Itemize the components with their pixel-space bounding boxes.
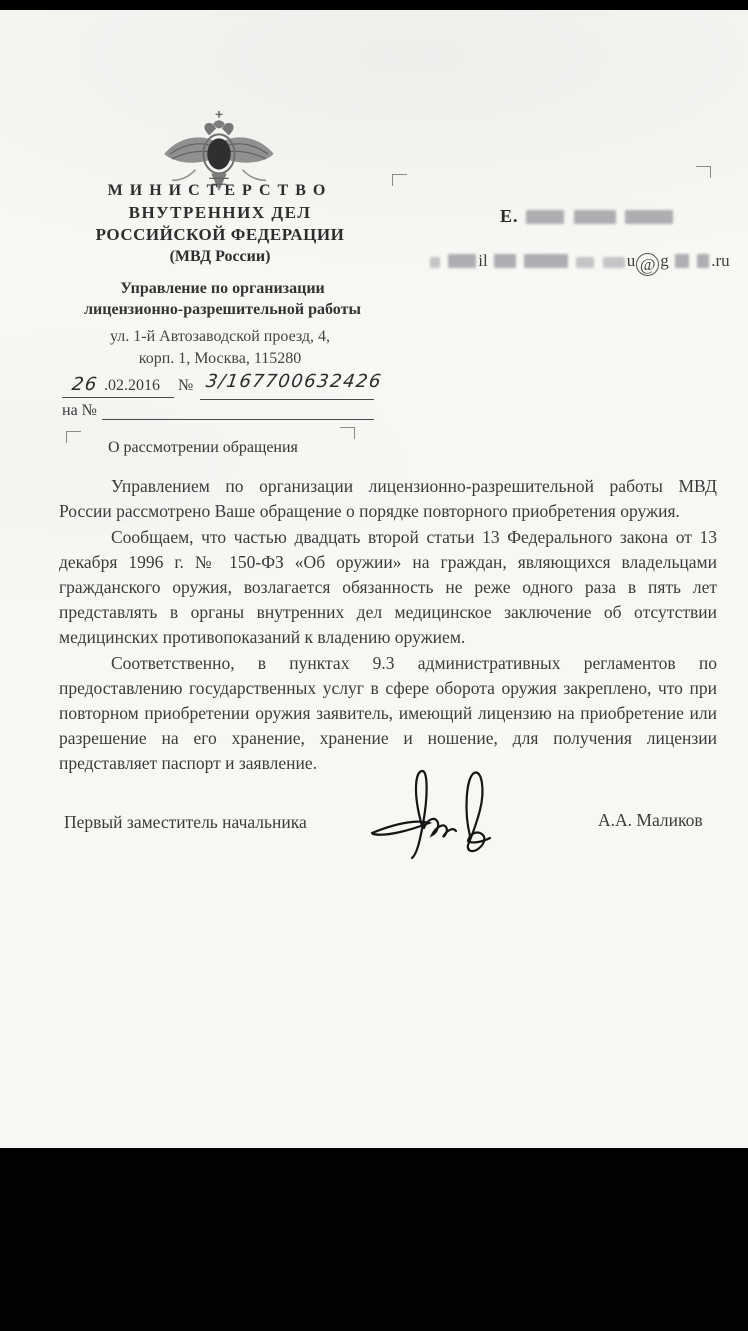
corner-mark-recipient-right — [696, 166, 711, 178]
printed-date: .02.2016 — [104, 377, 160, 395]
signoff-title: Первый заместитель начальника — [64, 812, 307, 833]
letterhead-department: Управление по организации лицензионно-ра… — [40, 278, 405, 320]
redaction-block — [494, 254, 516, 268]
email-visible-fragment: il — [478, 251, 487, 270]
department-line-1: Управление по организации — [40, 278, 405, 299]
recipient-name-redacted: Е. — [500, 206, 675, 227]
subject-line: О рассмотрении обращения — [108, 439, 298, 457]
department-line-2: лицензионно-разрешительной работы — [40, 299, 405, 320]
scan-black-margin-bottom — [0, 1148, 748, 1331]
redaction-block — [448, 254, 476, 268]
email-domain-start: g — [660, 251, 669, 270]
handwritten-date-day: 26 — [71, 374, 100, 395]
handwritten-outgoing-number: 3/167700632426 — [205, 371, 384, 392]
redaction-block — [524, 254, 568, 268]
redaction-block — [625, 210, 673, 224]
ministry-line-1: МИНИСТЕРСТВО — [40, 182, 400, 200]
corner-mark-recipient-left — [392, 174, 407, 186]
scanned-letter-page: МИНИСТЕРСТВО ВНУТРЕННИХ ДЕЛ РОССИЙСКОЙ Ф… — [0, 0, 748, 1331]
redaction-block — [430, 257, 440, 268]
date-underline — [62, 397, 174, 398]
recipient-email-redacted: il u@g .ru — [428, 251, 730, 276]
corner-mark-lower-right — [340, 427, 355, 439]
redaction-block — [697, 254, 709, 268]
reply-number-underline — [102, 419, 374, 420]
address-line-1: ул. 1-й Автозаводской проезд, 4, — [40, 326, 400, 348]
reply-to-label: на № — [62, 402, 97, 420]
redaction-block — [603, 257, 625, 268]
corner-mark-lower-left — [66, 431, 81, 443]
redaction-block — [675, 254, 689, 268]
email-at-symbol: @ — [636, 253, 659, 276]
email-tld: .ru — [711, 251, 729, 270]
email-user-end: u — [627, 251, 636, 270]
letter-body: Управлением по организации лицензионно-р… — [59, 474, 717, 777]
body-paragraph-1: Управлением по организации лицензионно-р… — [59, 474, 717, 524]
ministry-line-2: ВНУТРЕННИХ ДЕЛ — [40, 203, 400, 223]
recipient-name-visible-initial: Е. — [500, 206, 519, 226]
number-sign: № — [178, 377, 193, 395]
signoff-name: А.А. Маликов — [598, 810, 703, 831]
address-line-2: корп. 1, Москва, 115280 — [40, 348, 400, 370]
letterhead-ministry-name: МИНИСТЕРСТВО ВНУТРЕННИХ ДЕЛ РОССИЙСКОЙ Ф… — [40, 182, 400, 266]
ministry-line-3: РОССИЙСКОЙ ФЕДЕРАЦИИ — [40, 225, 400, 245]
redaction-block — [574, 210, 616, 224]
handwritten-signature — [366, 756, 526, 876]
redaction-block — [526, 210, 564, 224]
redaction-block — [576, 257, 594, 268]
body-paragraph-2: Сообщаем, что частью двадцать второй ста… — [59, 525, 717, 650]
number-underline — [200, 399, 374, 400]
letterhead-address: ул. 1-й Автозаводской проезд, 4, корп. 1… — [40, 326, 400, 369]
ministry-line-4: (МВД России) — [40, 248, 400, 266]
